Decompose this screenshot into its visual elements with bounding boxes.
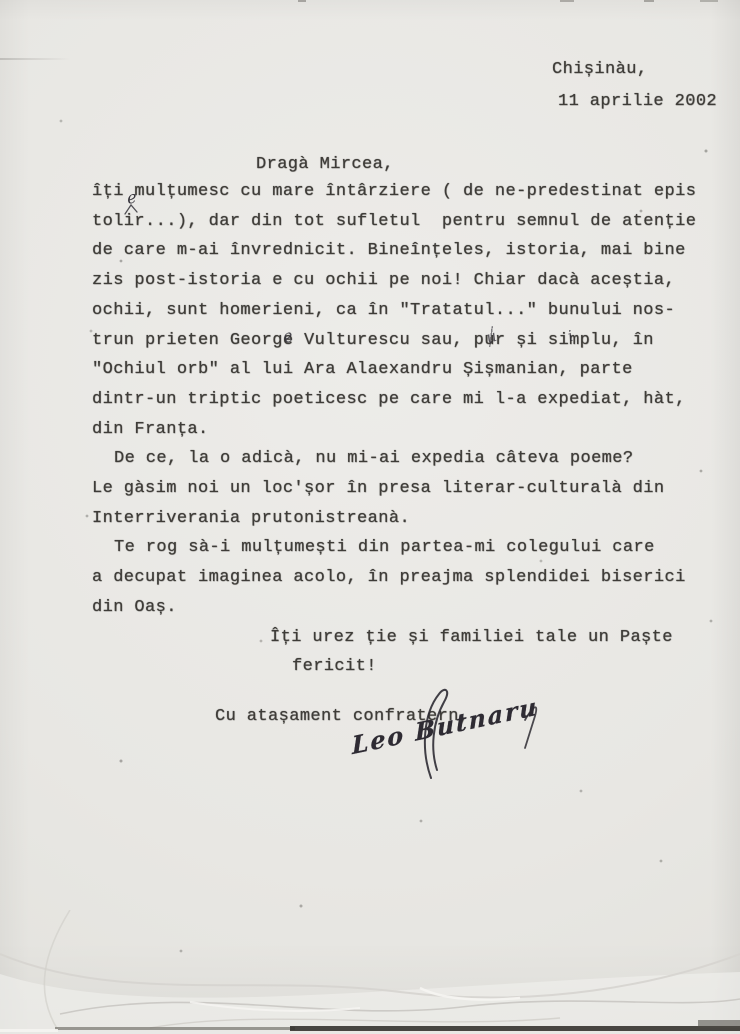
- letter-line: Te rog sà-i mulțumești din partea-mi col…: [92, 533, 722, 563]
- letter-line: trun prieten George Vulturescu sau, pur …: [92, 326, 722, 356]
- salutation: Dragà Mircea,: [256, 150, 394, 180]
- letter-line: tolir...), dar din tot sufletul pentru s…: [92, 207, 722, 237]
- dateline-date: 11 aprilie 2002: [558, 87, 717, 117]
- letter-line: "Ochiul orb" al lui Ara Alaexandru Șișma…: [92, 355, 722, 385]
- scan-top-edge: [0, 0, 740, 8]
- letter-line: îți mulțumesc cu mare întârziere ( de ne…: [92, 177, 722, 207]
- letter-line: Interriverania prutonistreanà.: [92, 504, 722, 534]
- letter-line: ochii, sunt homerieni, ca în "Tratatul..…: [92, 296, 722, 326]
- scan-scratch: [0, 58, 70, 60]
- letter-line: fericit!: [92, 652, 722, 682]
- letter-line: Îți urez ție și familiei tale un Paște: [92, 623, 722, 653]
- letter-body: îți mulțumesc cu mare întârziere ( de ne…: [92, 177, 722, 682]
- letter-page: Chișinàu, 11 aprilie 2002 Dragà Mircea, …: [0, 0, 740, 1034]
- letter-line: a decupat imaginea acolo, în preajma spl…: [92, 563, 722, 593]
- dateline-place: Chișinàu,: [552, 55, 717, 85]
- letter-line: Le gàsim noi un loc'șor în presa literar…: [92, 474, 722, 504]
- letter-line: din Oaș.: [92, 593, 722, 623]
- paper-wrinkles: [0, 910, 740, 1034]
- letter-line: De ce, la o adicà, nu mi-ai expedia câte…: [92, 444, 722, 474]
- letter-line: de care m-ai învrednicit. Bineînțeles, i…: [92, 236, 722, 266]
- letter-line: dintr-un triptic poeticesc pe care mi l-…: [92, 385, 722, 415]
- dateline: Chișinàu, 11 aprilie 2002: [552, 55, 717, 116]
- letter-line: zis post-istoria e cu ochii pe noi! Chia…: [92, 266, 722, 296]
- letter-line: din Franța.: [92, 415, 722, 445]
- insertion-caret-icon: [123, 203, 141, 215]
- signature-flourish-icon: [413, 686, 543, 786]
